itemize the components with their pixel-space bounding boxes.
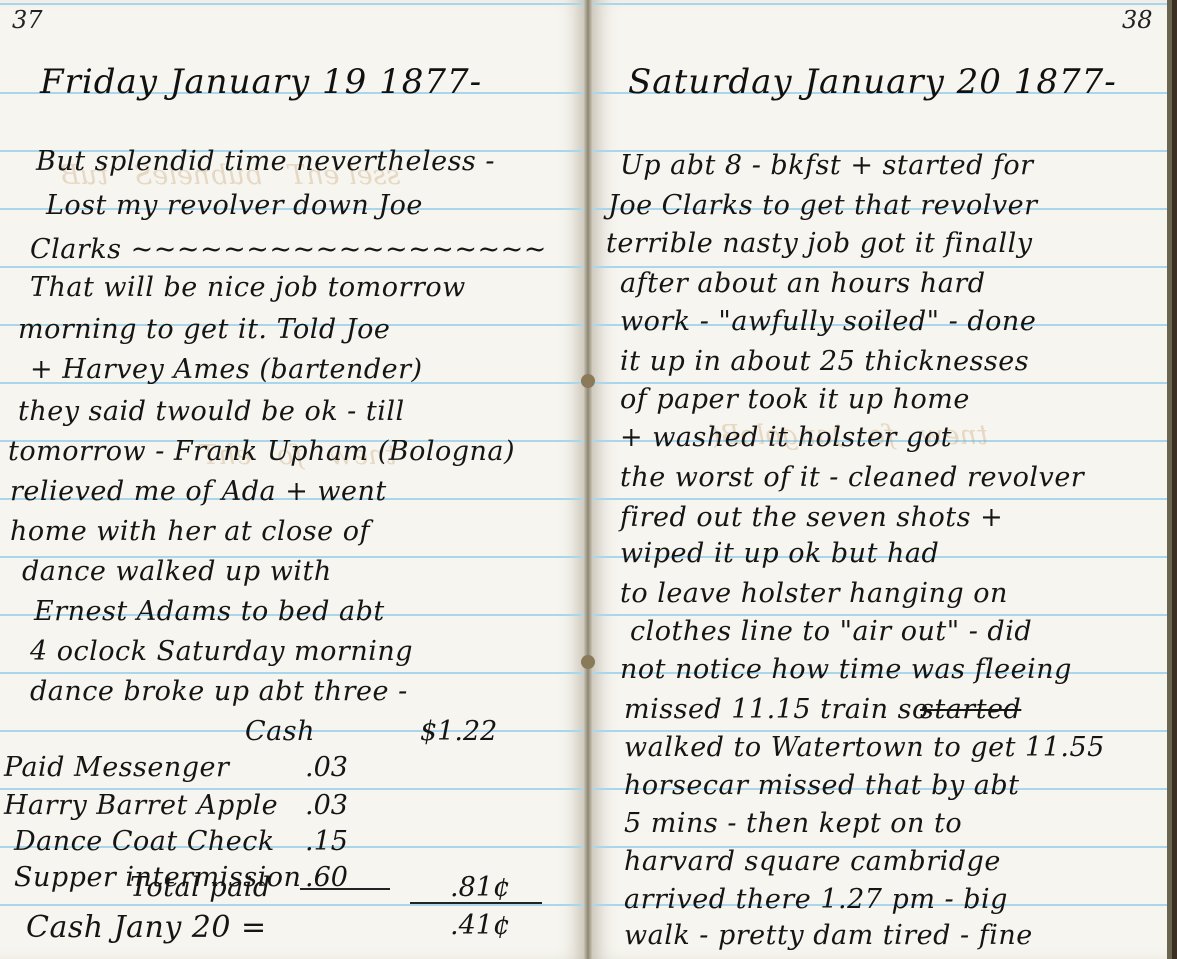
text-line: home with her at close of	[10, 516, 370, 547]
text-line: wiped it up ok but had	[620, 538, 939, 569]
text-line: they said twould be ok - till	[18, 396, 405, 427]
binding-stitch	[581, 655, 595, 669]
ledger-item-amount: .03	[305, 790, 348, 821]
ledger-item-amount: .03	[305, 752, 348, 783]
text-line: missed 11.15 train so	[624, 694, 929, 725]
text-line: of paper took it up home	[620, 384, 970, 415]
text-line: it up in about 25 thicknesses	[620, 346, 1029, 377]
binding-stitch	[581, 374, 595, 388]
text-line: That will be nice job tomorrow	[30, 272, 466, 303]
text-line: clothes line to "air out" - did	[630, 616, 1032, 647]
text-line: tomorrow - Frank Upham (Bologna)	[8, 436, 515, 467]
text-line: arrived there 1.27 pm - big	[624, 884, 1008, 915]
text-line: Joe Clarks to get that revolver	[608, 190, 1038, 221]
entry-heading: Saturday January 20 1877-	[628, 62, 1117, 102]
ledger-item-amount: .15	[305, 826, 348, 857]
text-line: Ernest Adams to bed abt	[34, 596, 385, 627]
text-line: Clarks ~~~~~~~~~~~~~~~~~~	[30, 234, 547, 265]
text-line: relieved me of Ada + went	[10, 476, 387, 507]
struck-out-word: started	[920, 694, 1021, 725]
page-number: 37	[12, 6, 43, 34]
text-line: after about an hours hard	[620, 268, 986, 299]
ledger-cash-amount: $1.22	[420, 716, 497, 747]
text-line: dance broke up abt three -	[30, 676, 408, 707]
ledger-balance-amount: .41¢	[450, 910, 510, 941]
text-line: 4 oclock Saturday morning	[30, 636, 413, 667]
ledger-item-label: Dance Coat Check	[14, 826, 275, 857]
ledger-cash-label: Cash	[245, 716, 315, 747]
text-line: Lost my revolver down Joe	[46, 190, 423, 221]
book-gutter	[584, 0, 592, 959]
text-line: not notice how time was fleeing	[620, 654, 1072, 685]
text-line: the worst of it - cleaned revolver	[620, 462, 1084, 493]
text-line: fired out the seven shots +	[620, 502, 1003, 533]
page-number: 38	[1122, 6, 1153, 34]
text-line: Up abt 8 - bkfst + started for	[620, 150, 1034, 181]
text-line: + washed it holster got	[620, 422, 952, 453]
ledger-item-label: Paid Messenger	[4, 752, 229, 783]
text-line: But splendid time nevertheless -	[36, 146, 495, 177]
page-edge	[1167, 0, 1172, 959]
text-line: harvard square cambridge	[624, 846, 1001, 877]
text-line: dance walked up with	[22, 556, 332, 587]
text-line: horsecar missed that by abt	[624, 770, 1020, 801]
text-line: walked to Watertown to get 11.55	[624, 732, 1105, 763]
left-page: ssel ehT bubneleS tuB tnew fo ehT 37 Fri…	[0, 0, 586, 959]
ledger-item-label: Harry Barret Apple	[4, 790, 278, 821]
total-underline	[410, 902, 542, 904]
ledger-total-amount: .81¢	[450, 872, 510, 903]
ledger-balance-label: Cash Jany 20 =	[26, 910, 267, 945]
subtotal-underline	[300, 888, 390, 890]
text-line: morning to get it. Told Joe	[18, 314, 390, 345]
entry-heading: Friday January 19 1877-	[40, 62, 482, 102]
right-page: tnew fo )angoloB( 38 Saturday January 20…	[590, 0, 1172, 959]
text-line: terrible nasty job got it finally	[606, 228, 1032, 259]
text-line: + Harvey Ames (bartender)	[30, 354, 423, 385]
text-line: to leave holster hanging on	[620, 578, 1008, 609]
text-line: 5 mins - then kept on to	[624, 808, 962, 839]
text-line: work - "awfully soiled" - done	[620, 306, 1036, 337]
text-line: walk - pretty dam tired - fine	[624, 920, 1033, 951]
ledger-total-label: Total paid	[130, 872, 271, 903]
